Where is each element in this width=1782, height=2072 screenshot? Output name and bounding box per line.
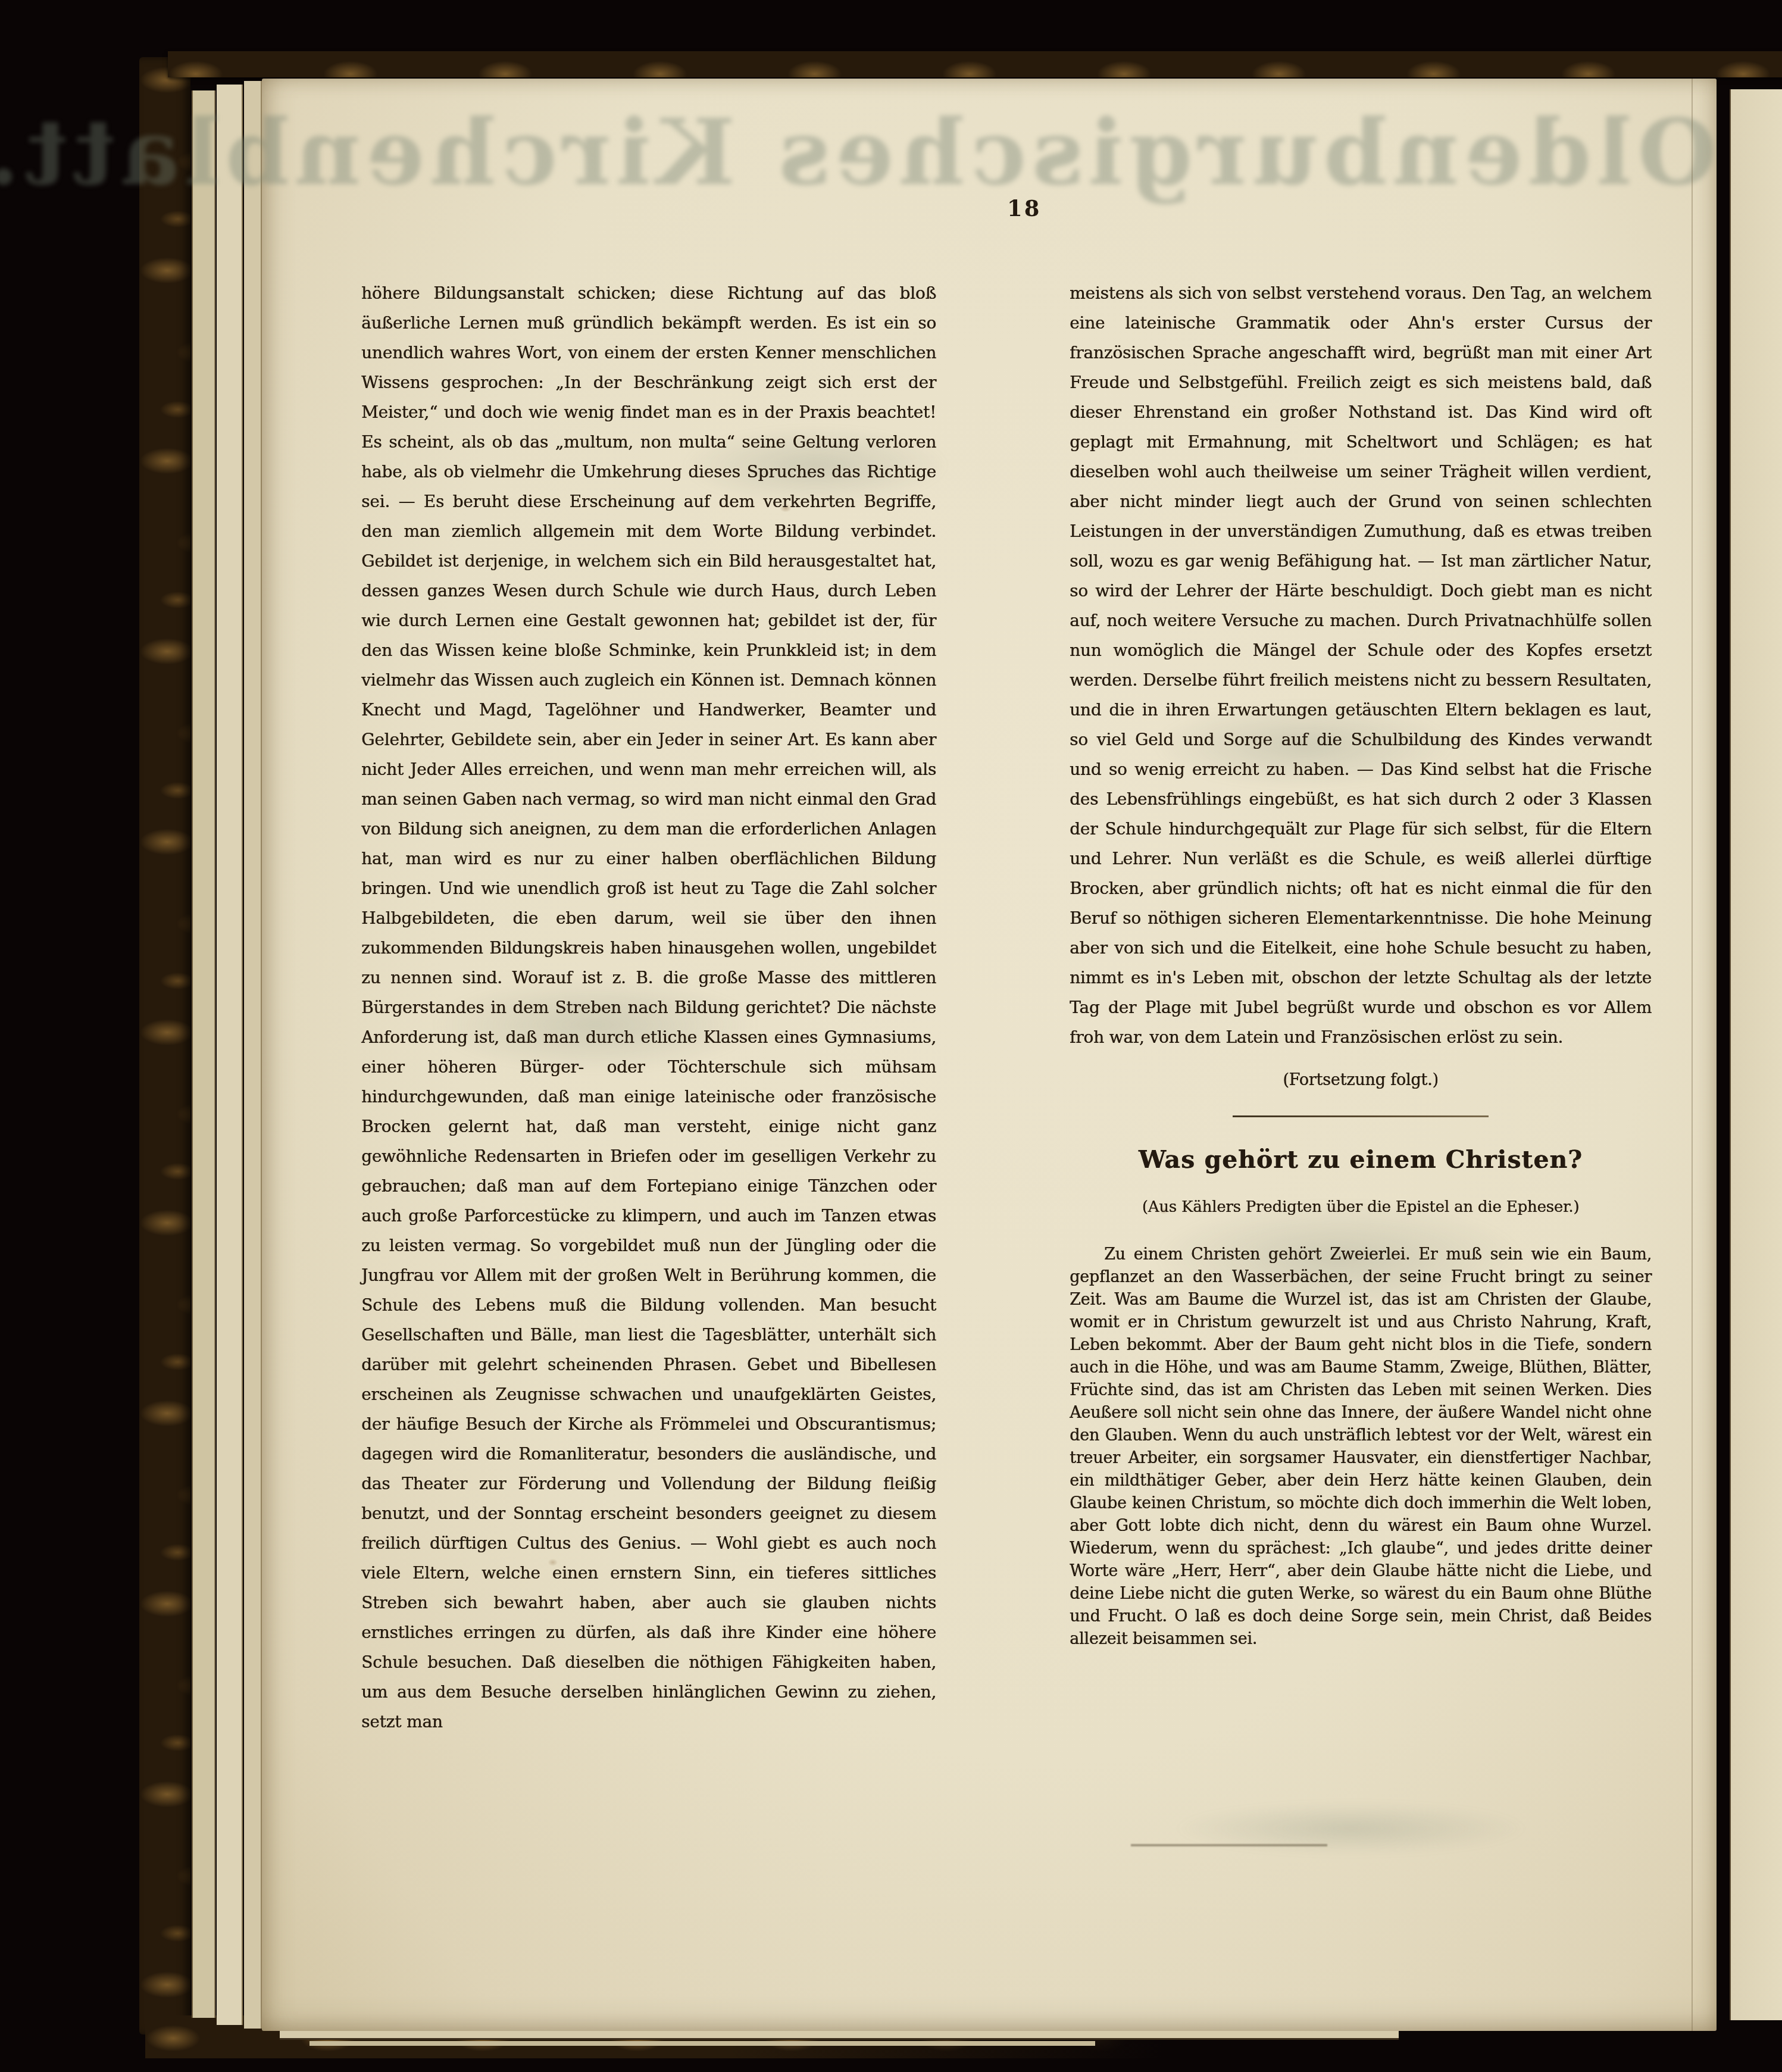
article-body: Zu einem Christen gehört Zweierlei. Er m…: [1070, 1243, 1652, 1651]
page-stack-edge: [244, 81, 262, 2029]
book-scan-scene: Oldenburgisches Kirchenblatt. 18 höhere …: [0, 0, 1782, 2072]
journal-page: Oldenburgisches Kirchenblatt. 18 höhere …: [262, 79, 1717, 2031]
article-title: Was gehört zu einem Christen?: [1070, 1145, 1652, 1174]
adjacent-page-edge: [1730, 89, 1782, 2020]
ghost-masthead-bleedthrough: Oldenburgisches Kirchenblatt.: [262, 99, 1717, 205]
page-stack-edge: [192, 90, 215, 2018]
article-continuation-text: meistens als sich von selbst verstehend …: [1070, 279, 1652, 1052]
page-stack-edge: [217, 85, 243, 2025]
page-stack-bottom-edge: [309, 2041, 1095, 2046]
section-divider: [1233, 1115, 1489, 1117]
page-number: 18: [1007, 195, 1042, 221]
page-stack-bottom-edge: [280, 2031, 1399, 2040]
ghost-bleedthrough-blob: [1107, 1793, 1595, 1864]
book-cover-top-edge: [168, 51, 1782, 77]
left-column-text: höhere Bildungsanstalt schicken; diese R…: [361, 279, 936, 1737]
continuation-note: (Fortsetzung folgt.): [1070, 1065, 1652, 1095]
book-cover-left-edge: [139, 57, 190, 2035]
article-subtitle: (Aus Kählers Predigten über die Epistel …: [1070, 1192, 1652, 1222]
ghost-divider-bleedthrough: [1131, 1844, 1327, 1846]
right-column: meistens als sich von selbst verstehend …: [1070, 279, 1652, 1651]
